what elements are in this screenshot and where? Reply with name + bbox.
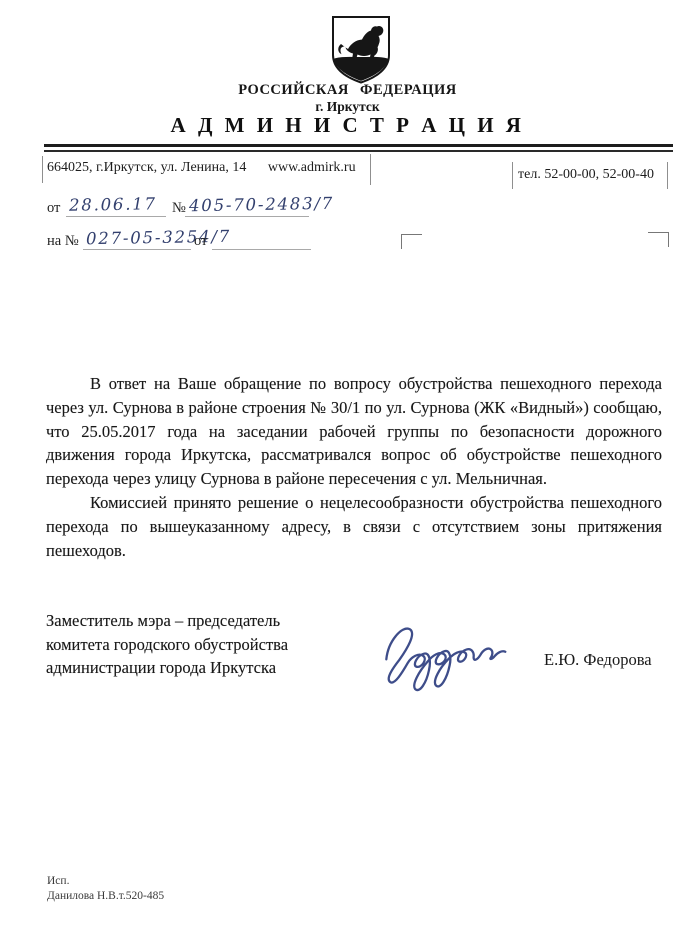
handwritten-signature-icon [370,608,522,698]
incoming-date-underline [212,249,311,250]
outgoing-date-handwritten: 28.06.17 [69,194,157,215]
signer-position-line1: Заместитель мэра – председатель [46,609,376,633]
incoming-number-handwritten: 027-05-3254/7 [86,227,231,249]
signer-position-line3: администрации города Иркутска [46,656,376,680]
phone-line: тел. 52-00-00, 52-00-40 [518,167,654,183]
incoming-number-label: на № [47,233,79,250]
executor-label: Исп. [47,874,164,889]
body-paragraph-2: Комиссией принято решение о нецелесообра… [46,491,662,562]
addressee-corner-mark-left [401,234,422,249]
address-separator-bar [370,154,371,185]
incoming-date-label: от [194,233,207,250]
executor-name: Данилова Н.В.т.520-485 [47,889,164,904]
outgoing-number-label: № [172,200,186,217]
phone-left-bar [512,162,513,189]
incoming-number-underline [83,249,191,250]
outgoing-date-underline [66,216,166,217]
signer-position: Заместитель мэра – председатель комитета… [46,609,376,680]
executor-block: Исп. Данилова Н.В.т.520-485 [47,874,164,903]
address-line: 664025, г.Иркутск, ул. Ленина, 14 www.ad… [47,160,356,176]
body-paragraph-1: В ответ на Ваше обращение по вопросу обу… [46,372,662,491]
postal-address: 664025, г.Иркутск, ул. Ленина, 14 [47,160,246,175]
signer-position-line2: комитета городского обустройства [46,633,376,657]
outgoing-number-underline [185,216,309,217]
phone-right-bar [667,162,668,189]
letter-body: В ответ на Ваше обращение по вопросу обу… [46,372,662,562]
scanned-letter-page: РОССИЙСКАЯ ФЕДЕРАЦИЯ г. Иркутск А Д М И … [0,0,695,937]
irkutsk-coat-of-arms-icon [327,14,395,88]
outgoing-number-handwritten: 405-70-2483/7 [189,194,334,216]
addressee-corner-mark-right [648,232,669,247]
double-rule-divider [44,144,673,152]
organization-title: А Д М И Н И С Т Р А Ц И Я [0,113,695,138]
country-title: РОССИЙСКАЯ ФЕДЕРАЦИЯ [0,82,695,99]
signer-name: Е.Ю. Федорова [544,650,652,670]
address-left-tick [42,156,43,183]
outgoing-date-label: от [47,200,60,217]
website-text: www.admirk.ru [268,160,356,175]
